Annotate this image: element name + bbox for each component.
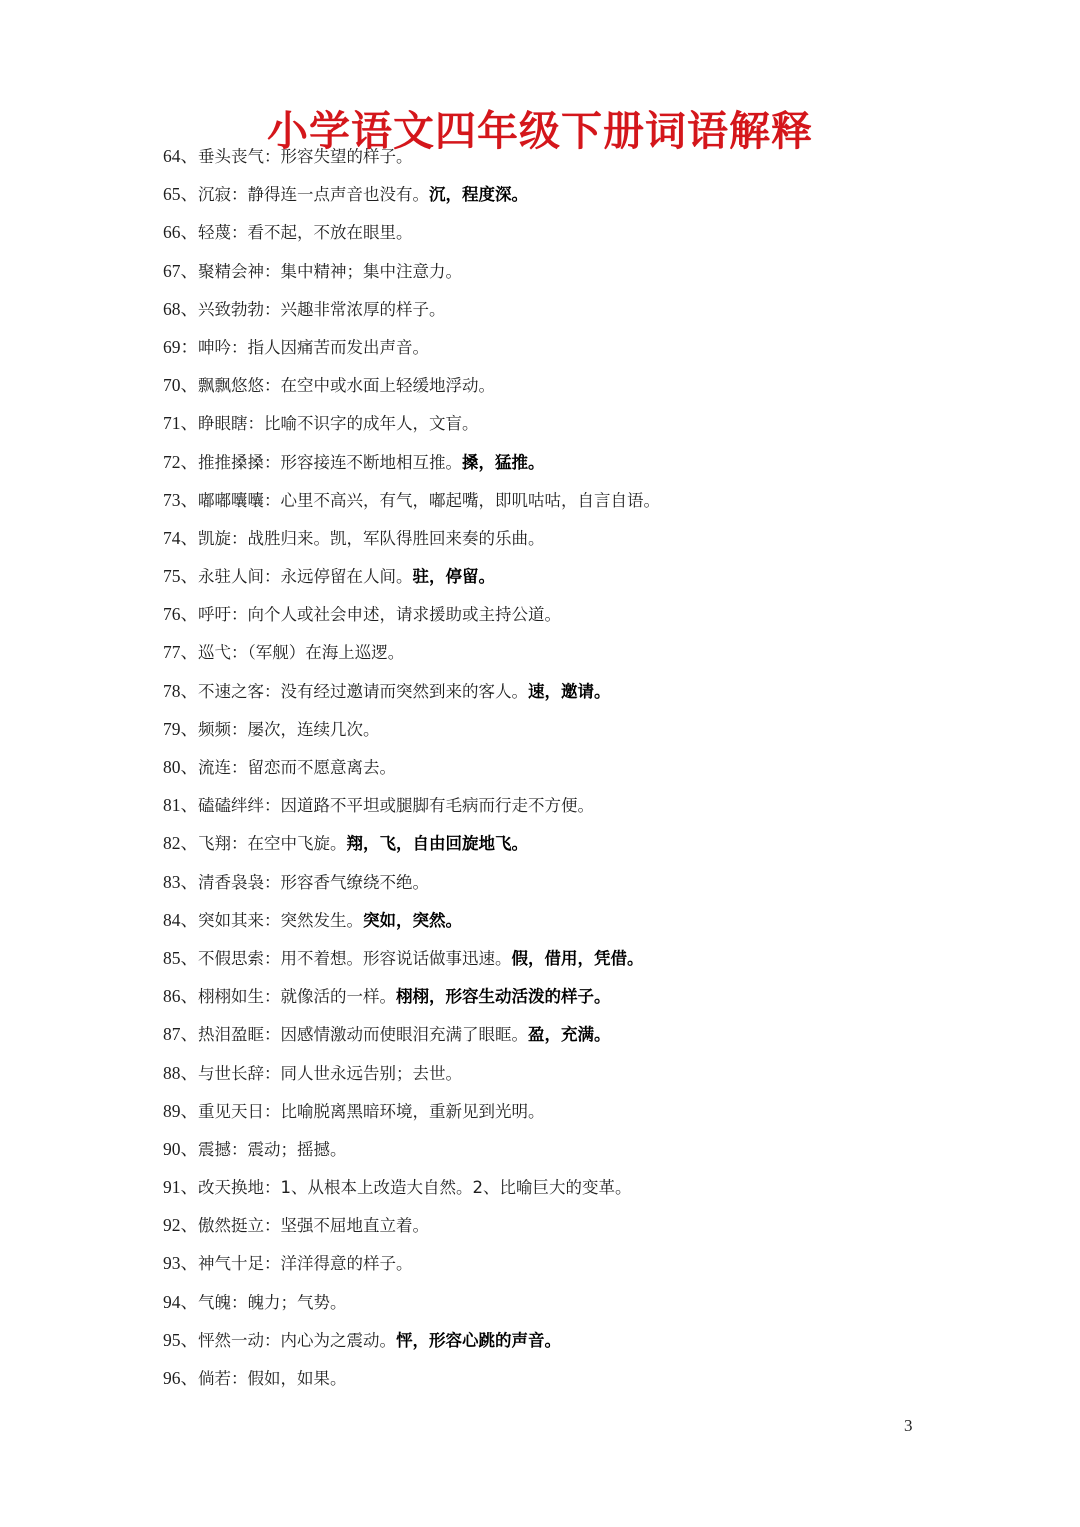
vocabulary-entry: 90、震撼：震动；摇撼。 xyxy=(163,1133,983,1171)
entry-definition: 向个人或社会申述，请求援助或主持公道。 xyxy=(248,605,562,624)
entry-number: 81、 xyxy=(163,795,198,815)
vocabulary-entry: 84、突如其来：突然发生。突如，突然。 xyxy=(163,904,983,942)
entry-definition: 战胜归来。凯，军队得胜回来奏的乐曲。 xyxy=(248,529,545,548)
entry-definition: 兴趣非常浓厚的样子。 xyxy=(281,300,446,319)
vocabulary-entry: 72、推推搡搡：形容接连不断地相互推。搡，猛推。 xyxy=(163,446,983,484)
vocabulary-entry: 77、巡弋：（军舰）在海上巡逻。 xyxy=(163,636,983,674)
entry-number: 91、 xyxy=(163,1177,198,1197)
entry-definition: 形容接连不断地相互推。 xyxy=(281,453,463,472)
entry-term: 不假思索： xyxy=(198,949,281,968)
entry-term: 傲然挺立： xyxy=(198,1216,281,1235)
entry-term: 重见天日： xyxy=(198,1102,281,1121)
entry-number: 76、 xyxy=(163,604,198,624)
vocabulary-entry: 93、神气十足：洋洋得意的样子。 xyxy=(163,1247,983,1285)
entry-number: 80、 xyxy=(163,757,198,777)
entry-number: 74、 xyxy=(163,528,198,548)
entry-term: 沉寂： xyxy=(198,185,248,204)
entry-number: 94、 xyxy=(163,1292,198,1312)
entry-term: 睁眼瞎： xyxy=(198,414,264,433)
vocabulary-entry: 75、永驻人间：永远停留在人间。驻，停留。 xyxy=(163,560,983,598)
entry-term: 流连： xyxy=(198,758,248,777)
entry-term: 永驻人间： xyxy=(198,567,281,586)
entry-number: 83、 xyxy=(163,872,198,892)
entry-term: 清香袅袅： xyxy=(198,873,281,892)
vocabulary-entry: 95、怦然一动：内心为之震动。怦，形容心跳的声音。 xyxy=(163,1324,983,1362)
entry-number: 92、 xyxy=(163,1215,198,1235)
entry-definition: 用不着想。形容说话做事迅速。 xyxy=(281,949,512,968)
vocabulary-entry: 78、不速之客：没有经过邀请而突然到来的客人。速，邀请。 xyxy=(163,675,983,713)
entry-number: 68、 xyxy=(163,299,198,319)
entry-number: 67、 xyxy=(163,261,198,281)
entry-number: 78、 xyxy=(163,681,198,701)
entry-definition: 洋洋得意的样子。 xyxy=(281,1254,413,1273)
entry-definition: （军舰）在海上巡逻。 xyxy=(248,643,405,662)
entry-term: 推推搡搡： xyxy=(198,453,281,472)
entry-definition: 集中精神；集中注意力。 xyxy=(281,262,463,281)
entry-definition: 魄力；气势。 xyxy=(248,1293,347,1312)
entry-note: 沉，程度深。 xyxy=(429,185,528,204)
entry-number: 93、 xyxy=(163,1253,198,1273)
vocabulary-entry: 67、聚精会神：集中精神；集中注意力。 xyxy=(163,255,983,293)
entry-definition: 看不起，不放在眼里。 xyxy=(248,223,413,242)
entry-definition: 心里不高兴，有气，嘟起嘴，即叽咕咕，自言自语。 xyxy=(281,491,661,510)
entry-number: 64、 xyxy=(163,146,198,166)
entry-note: 速，邀请。 xyxy=(528,682,611,701)
entry-term: 热泪盈眶： xyxy=(198,1025,281,1044)
entry-note: 怦，形容心跳的声音。 xyxy=(396,1331,561,1350)
entry-definition: 比喻不识字的成年人，文盲。 xyxy=(264,414,479,433)
entry-definition: 就像活的一样。 xyxy=(281,987,397,1006)
vocabulary-entry: 74、凯旋：战胜归来。凯，军队得胜回来奏的乐曲。 xyxy=(163,522,983,560)
vocabulary-entry: 70、飘飘悠悠：在空中或水面上轻缓地浮动。 xyxy=(163,369,983,407)
vocabulary-entry: 94、气魄：魄力；气势。 xyxy=(163,1286,983,1324)
vocabulary-entry: 82、飞翔：在空中飞旋。翔，飞，自由回旋地飞。 xyxy=(163,827,983,865)
entry-note: 搡，猛推。 xyxy=(462,453,545,472)
vocabulary-entry: 65、沉寂：静得连一点声音也没有。沉，程度深。 xyxy=(163,178,983,216)
entry-definition: 在空中或水面上轻缓地浮动。 xyxy=(281,376,496,395)
entry-number: 96、 xyxy=(163,1368,198,1388)
entry-number: 95、 xyxy=(163,1330,198,1350)
vocabulary-entry: 85、不假思索：用不着想。形容说话做事迅速。假，借用，凭借。 xyxy=(163,942,983,980)
entry-number: 73、 xyxy=(163,490,198,510)
vocabulary-entry: 88、与世长辞：同人世永远告别；去世。 xyxy=(163,1057,983,1095)
entry-term: 磕磕绊绊： xyxy=(198,796,281,815)
entry-term: 气魄： xyxy=(198,1293,248,1312)
entry-term: 不速之客： xyxy=(198,682,281,701)
vocabulary-entry: 76、呼吁：向个人或社会申述，请求援助或主持公道。 xyxy=(163,598,983,636)
entry-note: 盈，充满。 xyxy=(528,1025,611,1044)
entry-number: 65、 xyxy=(163,184,198,204)
entry-definition: 1、从根本上改造大自然。2、比喻巨大的变革。 xyxy=(281,1178,632,1197)
vocabulary-entry: 91、改天换地：1、从根本上改造大自然。2、比喻巨大的变革。 xyxy=(163,1171,983,1209)
entry-note: 突如，突然。 xyxy=(363,911,462,930)
entry-term: 嘟嘟囔囔： xyxy=(198,491,281,510)
entry-number: 84、 xyxy=(163,910,198,930)
vocabulary-entry: 64、垂头丧气：形容失望的样子。 xyxy=(163,140,983,178)
vocabulary-entry: 83、清香袅袅：形容香气缭绕不绝。 xyxy=(163,866,983,904)
entry-number: 70、 xyxy=(163,375,198,395)
entry-number: 69： xyxy=(163,337,198,357)
entry-definition: 永远停留在人间。 xyxy=(281,567,413,586)
entry-number: 90、 xyxy=(163,1139,198,1159)
entry-term: 栩栩如生： xyxy=(198,987,281,1006)
vocabulary-entry: 66、轻蔑：看不起，不放在眼里。 xyxy=(163,216,983,254)
entry-definition: 屡次，连续几次。 xyxy=(248,720,380,739)
vocabulary-list: 64、垂头丧气：形容失望的样子。 65、沉寂：静得连一点声音也没有。沉，程度深。… xyxy=(163,140,983,1400)
entry-number: 86、 xyxy=(163,986,198,1006)
entry-note: 假，借用，凭借。 xyxy=(512,949,644,968)
entry-note: 翔，飞，自由回旋地飞。 xyxy=(347,834,529,853)
vocabulary-entry: 71、睁眼瞎：比喻不识字的成年人，文盲。 xyxy=(163,407,983,445)
vocabulary-entry: 68、兴致勃勃：兴趣非常浓厚的样子。 xyxy=(163,293,983,331)
entry-definition: 震动；摇撼。 xyxy=(248,1140,347,1159)
entry-definition: 没有经过邀请而突然到来的客人。 xyxy=(281,682,529,701)
entry-number: 87、 xyxy=(163,1024,198,1044)
entry-term: 兴致勃勃： xyxy=(198,300,281,319)
entry-number: 72、 xyxy=(163,452,198,472)
vocabulary-entry: 87、热泪盈眶：因感情激动而使眼泪充满了眼眶。盈，充满。 xyxy=(163,1018,983,1056)
entry-term: 飘飘悠悠： xyxy=(198,376,281,395)
entry-definition: 静得连一点声音也没有。 xyxy=(248,185,430,204)
entry-definition: 形容失望的样子。 xyxy=(281,147,413,166)
entry-number: 79、 xyxy=(163,719,198,739)
vocabulary-entry: 69：呻吟：指人因痛苦而发出声音。 xyxy=(163,331,983,369)
entry-number: 89、 xyxy=(163,1101,198,1121)
entry-term: 改天换地： xyxy=(198,1178,281,1197)
entry-term: 轻蔑： xyxy=(198,223,248,242)
entry-definition: 因感情激动而使眼泪充满了眼眶。 xyxy=(281,1025,529,1044)
entry-number: 66、 xyxy=(163,222,198,242)
entry-number: 85、 xyxy=(163,948,198,968)
entry-term: 神气十足： xyxy=(198,1254,281,1273)
entry-number: 71、 xyxy=(163,413,198,433)
entry-note: 驻，停留。 xyxy=(413,567,496,586)
entry-definition: 留恋而不愿意离去。 xyxy=(248,758,397,777)
vocabulary-entry: 92、傲然挺立：坚强不屈地直立着。 xyxy=(163,1209,983,1247)
entry-term: 频频： xyxy=(198,720,248,739)
entry-term: 倘若： xyxy=(198,1369,248,1388)
entry-number: 88、 xyxy=(163,1063,198,1083)
entry-number: 77、 xyxy=(163,642,198,662)
entry-definition: 坚强不屈地直立着。 xyxy=(281,1216,430,1235)
entry-term: 呼吁： xyxy=(198,605,248,624)
entry-term: 震撼： xyxy=(198,1140,248,1159)
entry-term: 呻吟： xyxy=(198,338,248,357)
vocabulary-entry: 86、栩栩如生：就像活的一样。栩栩，形容生动活泼的样子。 xyxy=(163,980,983,1018)
entry-definition: 因道路不平坦或腿脚有毛病而行走不方便。 xyxy=(281,796,595,815)
entry-definition: 形容香气缭绕不绝。 xyxy=(281,873,430,892)
entry-definition: 假如，如果。 xyxy=(248,1369,347,1388)
vocabulary-entry: 80、流连：留恋而不愿意离去。 xyxy=(163,751,983,789)
entry-definition: 比喻脱离黑暗环境，重新见到光明。 xyxy=(281,1102,545,1121)
entry-number: 82、 xyxy=(163,833,198,853)
page-number: 3 xyxy=(904,1416,913,1436)
entry-number: 75、 xyxy=(163,566,198,586)
vocabulary-entry: 96、倘若：假如，如果。 xyxy=(163,1362,983,1400)
entry-definition: 同人世永远告别；去世。 xyxy=(281,1064,463,1083)
entry-note: 栩栩，形容生动活泼的样子。 xyxy=(396,987,611,1006)
entry-definition: 突然发生。 xyxy=(281,911,364,930)
entry-term: 凯旋： xyxy=(198,529,248,548)
entry-term: 怦然一动： xyxy=(198,1331,281,1350)
entry-term: 聚精会神： xyxy=(198,262,281,281)
entry-definition: 内心为之震动。 xyxy=(281,1331,397,1350)
vocabulary-entry: 73、嘟嘟囔囔：心里不高兴，有气，嘟起嘴，即叽咕咕，自言自语。 xyxy=(163,484,983,522)
vocabulary-entry: 81、磕磕绊绊：因道路不平坦或腿脚有毛病而行走不方便。 xyxy=(163,789,983,827)
vocabulary-entry: 89、重见天日：比喻脱离黑暗环境，重新见到光明。 xyxy=(163,1095,983,1133)
entry-definition: 在空中飞旋。 xyxy=(248,834,347,853)
entry-term: 突如其来： xyxy=(198,911,281,930)
entry-definition: 指人因痛苦而发出声音。 xyxy=(248,338,430,357)
entry-term: 飞翔： xyxy=(198,834,248,853)
entry-term: 与世长辞： xyxy=(198,1064,281,1083)
entry-term: 垂头丧气： xyxy=(198,147,281,166)
entry-term: 巡弋： xyxy=(198,643,248,662)
vocabulary-entry: 79、频频：屡次，连续几次。 xyxy=(163,713,983,751)
